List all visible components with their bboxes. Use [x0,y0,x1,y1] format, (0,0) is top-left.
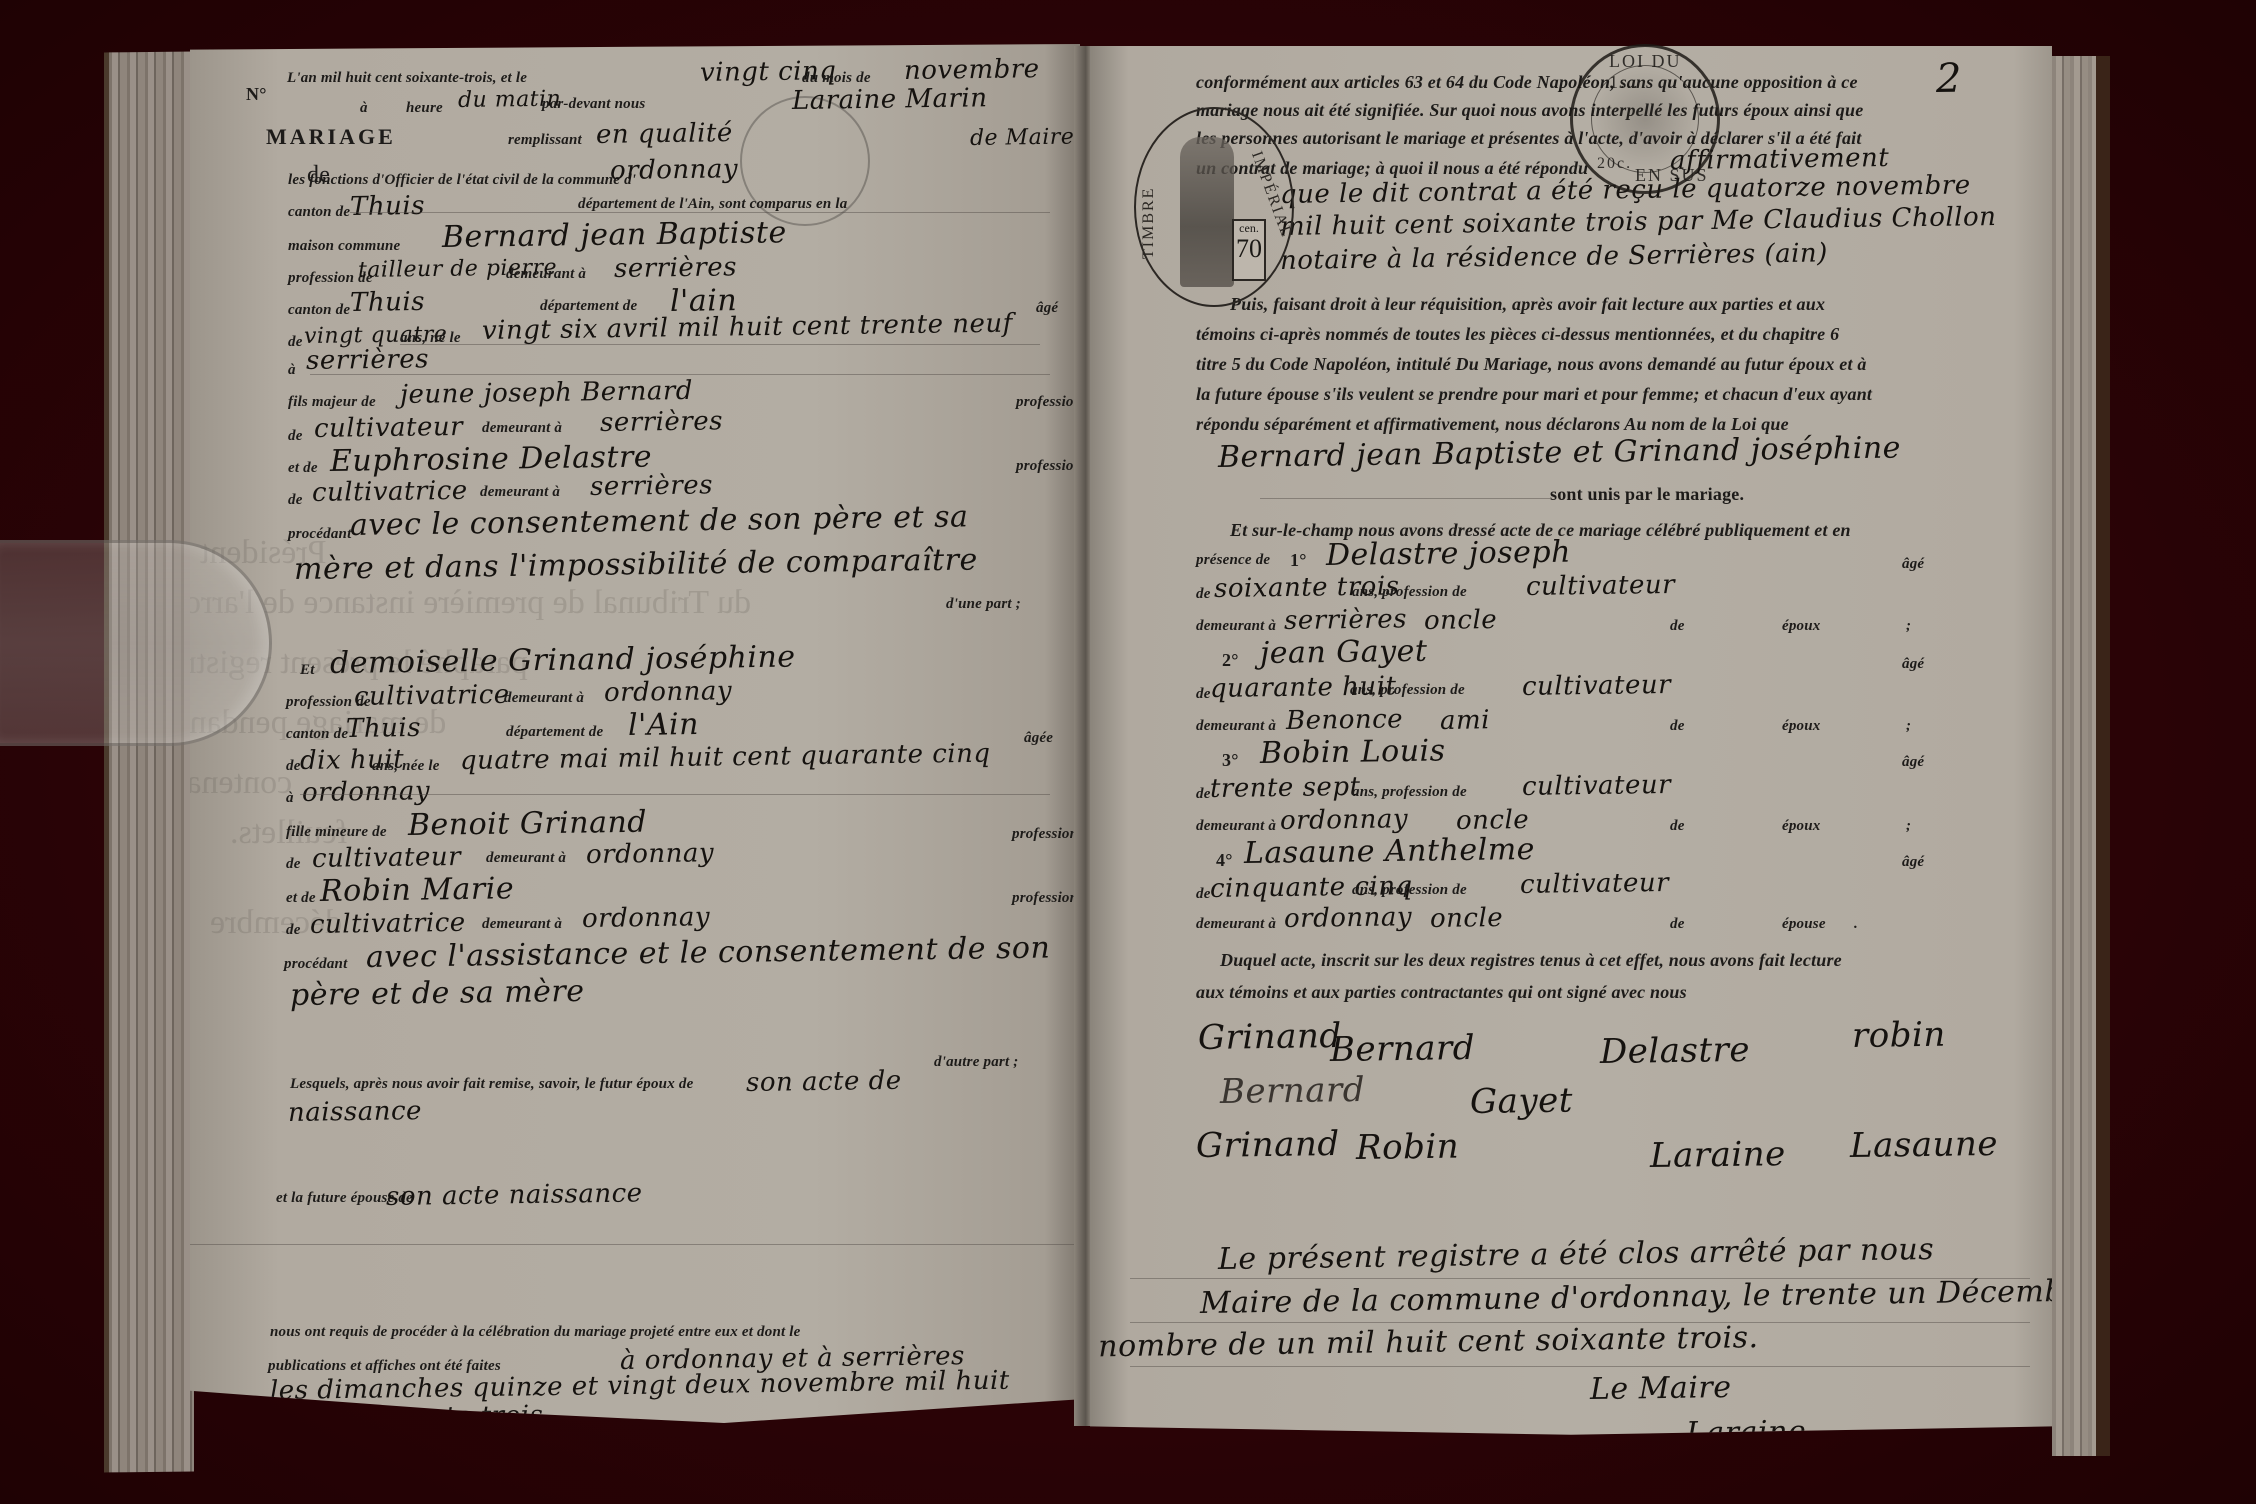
form-rule [1130,1366,2030,1367]
form-rule [190,1244,1080,1245]
handwritten-department: l'Ain [628,707,699,743]
handwritten-consent: mère et dans l'impossibilité de comparaî… [294,542,978,587]
printed-text: de [1196,686,1211,703]
witness-relation: ami [1440,705,1490,736]
stamp-text: TIMBRE [1140,187,1158,259]
register-spread: Président du Tribunal de première instan… [0,0,2256,1504]
printed-text: de [1670,718,1685,735]
handwritten-month: novembre [904,54,1040,86]
printed-text: maison commune [288,238,400,255]
handwritten-profession: cultivateur [314,412,463,444]
printed-text: et de [288,460,318,477]
handwritten-contract-note: notaire à la résidence de Serrières (ain… [1280,238,1828,276]
printed-text: département de l'Ain, sont comparus en l… [578,196,847,213]
signature: Delastre [1600,1030,1751,1072]
handwritten-spouses-names: Bernard jean Baptiste et Grinand joséphi… [1218,430,1901,475]
form-rule [1260,498,1550,499]
printed-text: demeurant à [504,690,584,707]
printed-text: ; [1906,718,1911,735]
witness-profession: cultivateur [1522,770,1671,802]
form-rule [1130,1322,2030,1323]
printed-text: ans, profession de [1352,882,1467,899]
handwritten-father-name: jeune joseph Bernard [400,376,693,410]
handwritten-father-name: Benoit Grinand [408,805,647,843]
witness-ordinal: 4° [1216,850,1233,871]
printed-text: présence de [1196,552,1270,569]
signature: Lasaune [1850,1124,1999,1166]
printed-text: heure [406,100,443,117]
form-rule [400,344,1040,345]
record-number-label: N° [246,84,267,105]
stamp-text: EN SUS [1635,165,1709,186]
record-type-title: MARIAGE [266,124,396,150]
printed-text: profession [1016,458,1080,475]
printed-text: ans, profession de [1350,682,1465,699]
printed-text: ; [1906,618,1911,635]
printed-text: de [288,334,303,351]
witness-of-spouse: époux [1782,718,1821,735]
printed-text: canton de [286,726,348,743]
handwritten-canton: Thuis [350,287,425,318]
handwritten-text: de Maire [970,125,1075,151]
printed-text: département de [540,298,637,315]
form-rule [350,212,1050,213]
printed-text: à [288,362,296,379]
handwritten-bride-name: demoiselle Grinand joséphine [330,640,796,681]
handwritten-residence: ordonnay [586,838,714,870]
witness-of-spouse: époux [1782,618,1821,635]
printed-text: profession [1012,890,1078,907]
signature: Grinand [1196,1124,1340,1166]
printed-text: à [360,100,368,117]
printed-text: Duquel acte, inscrit sur les deux regist… [1220,950,1842,971]
printed-text: à [286,790,294,807]
handwritten-residence: ordonnay [582,902,710,934]
handwritten-groom-name: Bernard jean Baptiste [442,215,787,255]
printed-text: âgé [1902,754,1924,771]
witness-name: Lasaune Anthelme [1244,832,1535,871]
printed-text: ans, née le [372,758,440,775]
handwritten-profession: cultivateur [312,842,461,874]
handwritten-commune: ordonnay [610,154,738,186]
handwritten-publication-dates: cent soixante trois. [290,1400,553,1434]
printed-text: profession [1016,394,1080,411]
printed-text: d'autre part ; [934,1054,1018,1071]
printed-text: de [288,492,303,509]
printed-text: ans, profession de [1352,784,1467,801]
glass-page-weight [0,540,272,746]
printed-text: demeurant à [1196,916,1276,933]
imperial-tax-stamp: TIMBRE IMPÉRIAL cen. 70 [1134,107,1294,307]
printed-text: canton de [288,204,350,221]
printed-text: nous ont requis de procéder à la célébra… [270,1324,801,1341]
printed-text: aux témoins et aux parties contractantes… [1196,982,1687,1003]
handwritten-consent: père et de sa mère [290,974,585,1013]
stamp-value: 70 [1234,236,1264,262]
printed-text: ; [1906,818,1911,835]
form-rule [310,374,1050,375]
printed-text: Et [300,662,315,679]
printed-text: âgé [1036,300,1058,317]
printed-text: de [286,758,301,775]
handwritten-residence: serrières [600,406,723,438]
signature: Bernard [1330,1028,1476,1070]
printed-text: demeurant à [482,420,562,437]
signature: Gayet [1470,1081,1573,1122]
handwritten-profession: cultivatrice [312,476,468,508]
printed-text: demeurant à [1196,818,1276,835]
justice-figure-icon [1180,137,1234,287]
left-page: Président du Tribunal de première instan… [190,44,1080,1444]
handwritten-text: son acte de [746,1066,902,1098]
printed-text: âgé [1902,556,1924,573]
printed-text: demeurant à [1196,618,1276,635]
signature: Bernard [1220,1070,1366,1112]
printed-text: demeurant à [506,266,586,283]
printed-text: les fonctions d'Officier de l'état civil… [288,172,636,189]
printed-text: la future épouse s'ils veulent se prendr… [1196,384,1872,405]
witness-ordinal: 1° [1290,550,1307,571]
witness-of-spouse: épouse [1782,916,1826,933]
handwritten-birthdate: quatre mai mil huit cent quarante cinq [460,739,991,776]
printed-text: de [1196,586,1211,603]
handwritten-closing-note: au nombre de un mil huit cent soixante t… [1090,1320,1759,1365]
signature: Laraine [1650,1134,1786,1176]
printed-text: L'an mil huit cent soixante-trois, et le [287,70,527,87]
printed-text: répondu séparément et affirmativement, n… [1196,414,1789,435]
printed-text: procédant [288,526,351,543]
printed-text: de [1196,786,1211,803]
bleed-through-text: contenant [190,764,292,802]
page-number: 2 [1936,56,1963,102]
handwritten-canton: Thuis [350,191,425,222]
handwritten-residence: serrières [590,470,713,502]
witness-ordinal: 2° [1222,650,1239,671]
handwritten-consent: avec l'assistance et le consentement de … [366,930,1051,975]
handwritten-profession: cultivatrice [310,908,466,940]
mayor-title: Le Maire [1590,1370,1732,1407]
printed-text: demeurant à [480,484,560,501]
form-rule [300,794,1050,795]
printed-text: de [288,428,303,445]
printed-text: demeurant à [486,850,566,867]
printed-text: demeurant à [482,916,562,933]
round-tax-stamp: LOI DU 1... 20c. EN SUS [1570,44,1720,194]
stamp-value-box: cen. 70 [1232,219,1266,281]
printed-text: procédant [284,956,347,973]
printed-text: ans, profession de [1352,584,1467,601]
witness-profession: cultivateur [1522,670,1671,702]
handwritten-birthplace: serrières [306,344,429,376]
witness-profession: cultivateur [1526,570,1675,602]
handwritten-text: son acte naissance [386,1178,643,1212]
witness-relation: oncle [1424,605,1498,636]
printed-text: conformément aux articles 63 et 64 du Co… [1196,72,1858,93]
handwritten-mother-name: Robin Marie [320,871,515,909]
witness-name: Bobin Louis [1260,733,1446,771]
printed-text: remplissant [508,132,582,149]
printed-text: âgée [1024,730,1053,747]
witness-relation: oncle [1430,903,1504,934]
printed-text: de [1670,618,1685,635]
handwritten-consent: avec le consentement de son père et sa [350,499,969,543]
printed-text: profession [1012,826,1078,843]
printed-text: âgé [1902,854,1924,871]
witness-name: jean Gayet [1260,634,1428,671]
printed-text: titre 5 du Code Napoléon, intitulé Du Ma… [1196,354,1867,375]
handwritten-closing-note: Le présent registre a été clos arrêté pa… [1218,1232,1935,1277]
handwritten-profession: cultivatrice [354,680,510,712]
signature: robin [1852,1015,1946,1056]
printed-text: de [1196,886,1211,903]
printed-text: d'une part ; [946,596,1021,613]
stamp-text: LOI DU 1... [1609,51,1717,93]
signature: Grinand [1198,1016,1342,1058]
witness-residence: serrières [1284,604,1407,636]
signature: Robin [1356,1127,1460,1168]
printed-text: de [1670,818,1685,835]
printed-text: département de [506,724,603,741]
witness-residence: Benonce [1286,704,1404,736]
printed-text: et de [286,890,316,907]
handwritten-birthdate: vingt six avril mil huit cent trente neu… [482,309,1013,346]
printed-text: demeurant à [1196,718,1276,735]
printed-text: fils majeur de [288,394,376,411]
printed-text: Puis, faisant droit à leur réquisition, … [1230,294,1825,315]
mayor-signature: Laraine [1686,1414,1807,1446]
witness-residence: ordonnay [1284,902,1412,934]
printed-text: témoins ci-après nommés de toutes les pi… [1196,324,1839,345]
printed-text: . [1854,916,1858,933]
left-page-block-edge [104,52,194,1473]
printed-text: âgé [1902,656,1924,673]
printed-text: de [286,922,301,939]
handwritten-canton: Thuis [346,713,421,744]
witness-age: trente sept [1210,772,1361,804]
handwritten-residence: serrières [614,252,737,284]
witness-of-spouse: époux [1782,818,1821,835]
printed-text: de [1670,916,1685,933]
handwritten-residence: ordonnay [604,676,732,708]
witness-name: Delastre joseph [1326,535,1571,573]
printed-text: canton de [288,302,350,319]
form-rule [1130,1278,2030,1279]
printed-text: fille mineure de [286,824,387,841]
handwritten-text: en qualité [596,118,733,150]
witness-ordinal: 3° [1222,750,1239,771]
printed-text: de [286,856,301,873]
printed-text: Lesquels, après nous avoir fait remise, … [290,1076,693,1093]
printed-text: sont unis par le mariage. [1550,484,1744,505]
handwritten-birthplace: ordonnay [302,776,430,808]
printed-text: mariage nous ait été signifiée. Sur quoi… [1196,100,1863,121]
stamp-value: 20c. [1597,155,1632,173]
witness-residence: ordonnay [1280,804,1408,836]
handwritten-officer-name: Laraine Marin [792,83,988,116]
bleed-through-text: du Tribunal de première instance de l'ar… [190,584,751,622]
right-page-block-edge [2052,56,2110,1456]
printed-text: par-devant nous [542,96,645,113]
handwritten-closing-note: Maire de la commune d'ordonnay, le trent… [1200,1273,2052,1321]
handwritten-text: naissance [288,1096,422,1128]
witness-profession: cultivateur [1520,868,1669,900]
